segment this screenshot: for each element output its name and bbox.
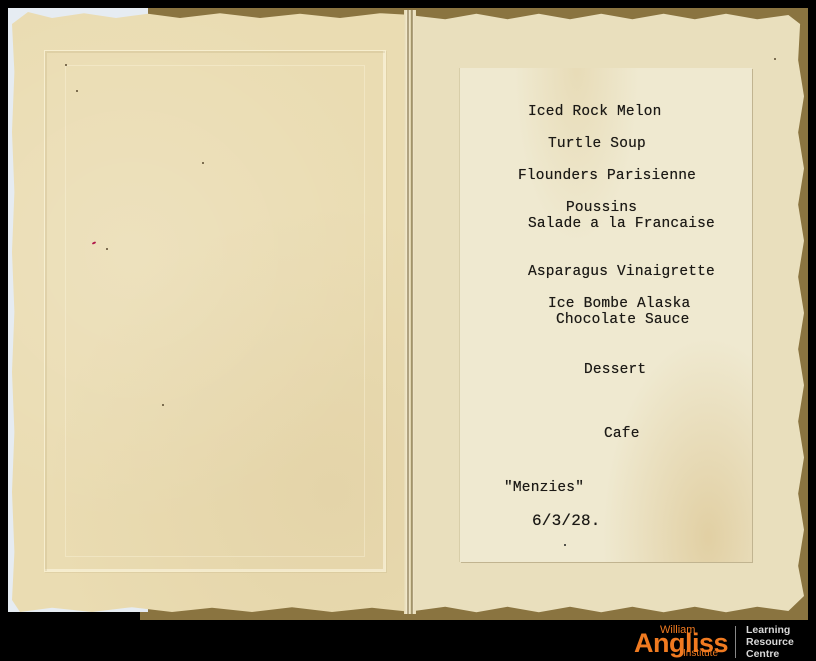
- venue-name: "Menzies": [504, 480, 584, 496]
- paper-speck: [564, 544, 566, 546]
- menu-item: Asparagus Vinaigrette: [528, 264, 715, 280]
- paper-speck: [162, 404, 164, 406]
- scanned-menu-image: Iced Rock Melon Turtle Soup Flounders Pa…: [0, 0, 816, 622]
- embossed-frame-inner: [65, 65, 365, 557]
- menu-item: Poussins: [566, 200, 637, 216]
- menu-item: Iced Rock Melon: [528, 104, 662, 120]
- paper-speck: [106, 248, 108, 250]
- menu-date: 6/3/28.: [532, 512, 601, 530]
- paper-speck: [202, 162, 204, 164]
- logo-centre-text: Centre: [746, 648, 779, 660]
- paper-speck: [76, 90, 78, 92]
- menu-item: Chocolate Sauce: [556, 312, 690, 328]
- embossed-frame: [44, 50, 386, 572]
- logo-resource-text: Resource: [746, 636, 794, 648]
- menu-item: Salade a la Francaise: [528, 216, 715, 232]
- logo-divider: [735, 626, 736, 658]
- menu-item: Ice Bombe Alaska: [548, 296, 690, 312]
- menu-item: Flounders Parisienne: [518, 168, 696, 184]
- logo-learning-text: Learning: [746, 624, 790, 636]
- typed-menu-card: Iced Rock Melon Turtle Soup Flounders Pa…: [460, 68, 752, 562]
- menu-item: Dessert: [584, 362, 646, 378]
- paper-speck: [65, 64, 67, 66]
- menu-item: Turtle Soup: [548, 136, 646, 152]
- menu-item: Cafe: [604, 426, 640, 442]
- paper-speck: [774, 58, 776, 60]
- left-inner-page: [12, 12, 412, 612]
- logo-institute-text: Institute: [683, 648, 718, 659]
